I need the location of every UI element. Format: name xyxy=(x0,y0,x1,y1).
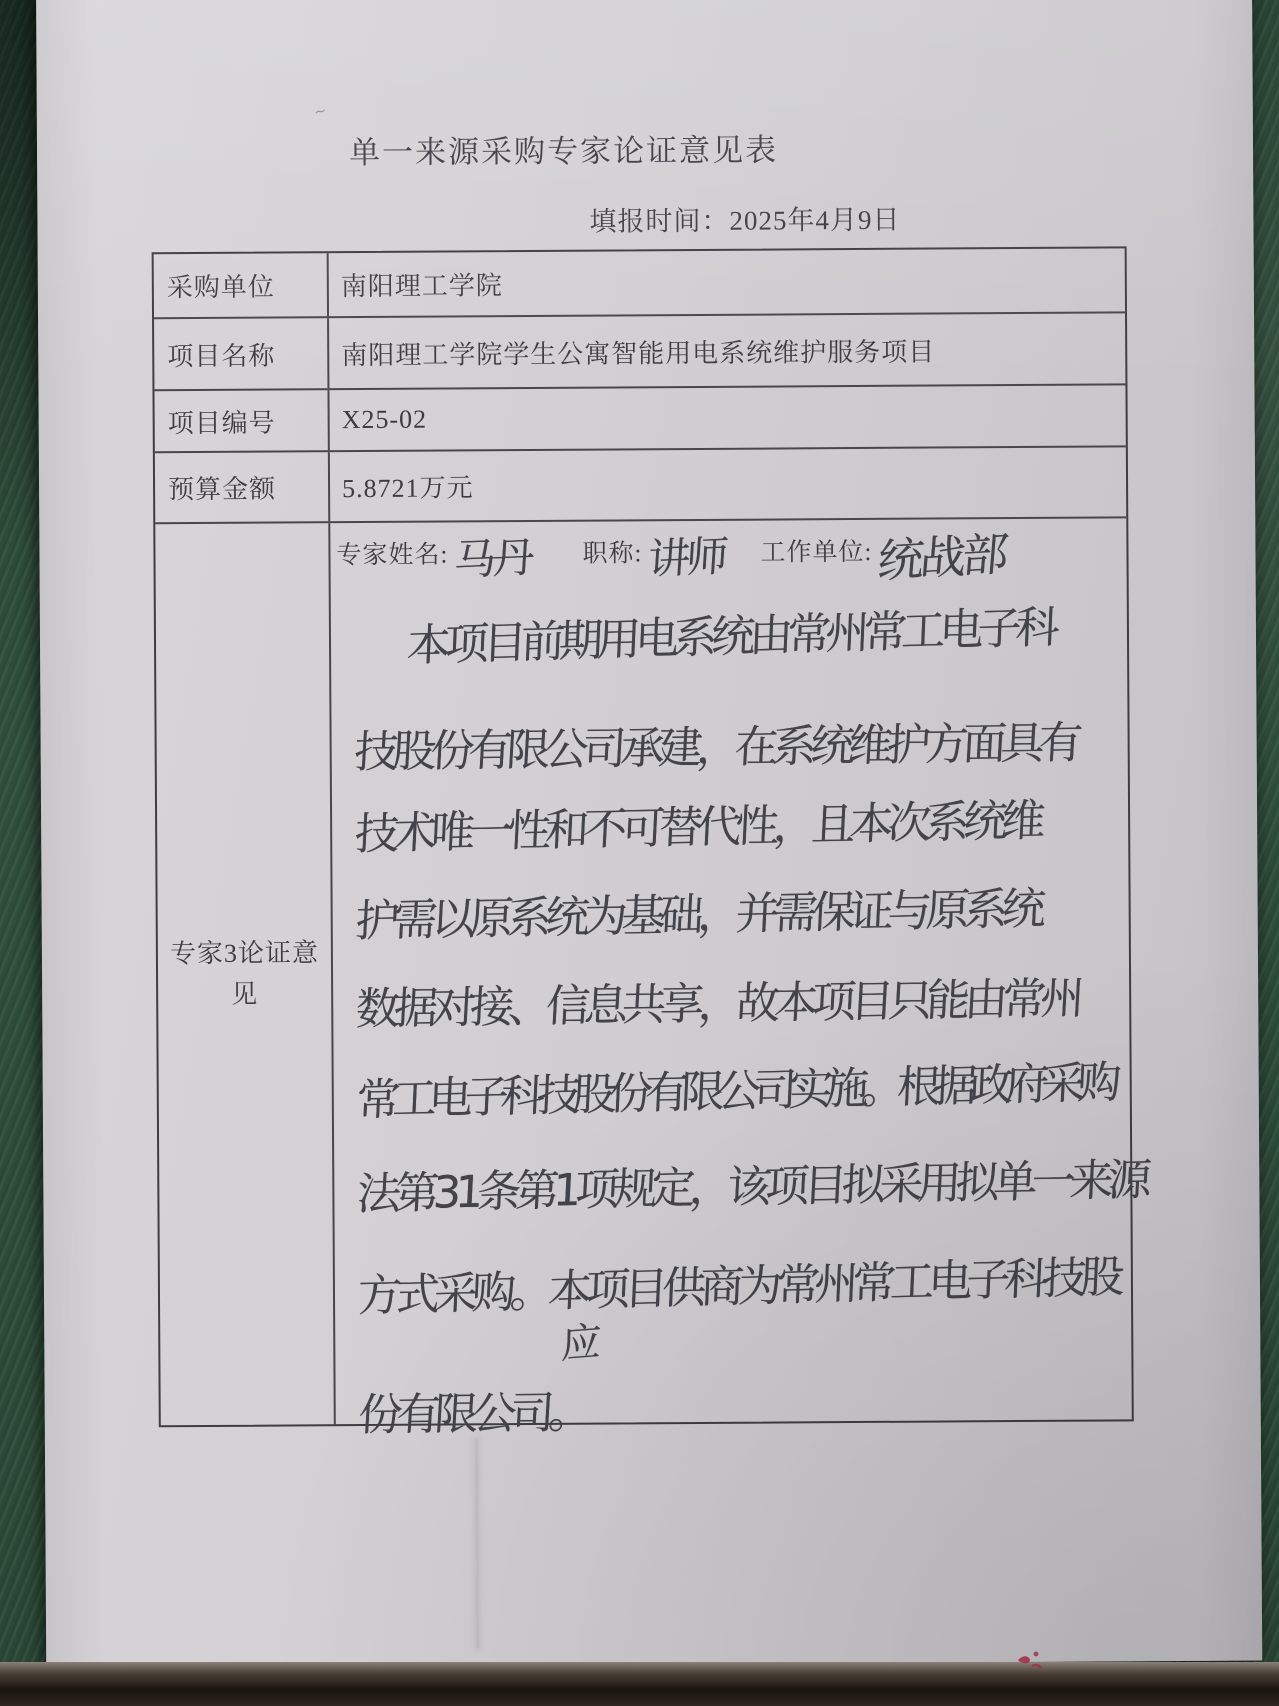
opinion-line: 常工电子科技股份有限公司实施。根据政府采购 xyxy=(355,1046,1115,1128)
paper-crease xyxy=(475,1438,479,1648)
red-ink-mark xyxy=(1014,1646,1048,1672)
row-value: 南阳理工学院 xyxy=(329,248,1125,316)
opinion-line: 法第31条第1项规定，该项目拟采用拟单一来源 xyxy=(356,1144,1148,1222)
table-row-project-number: 项目编号 X25-02 xyxy=(154,383,1125,451)
table-row-purchase-unit: 采购单位 南阳理工学院 xyxy=(154,248,1125,317)
form-table: 采购单位 南阳理工学院 项目名称 南阳理工学院学生公寓智能用电系统维护服务项目 … xyxy=(152,246,1134,1427)
expert-unit-label: 工作单位: xyxy=(760,532,872,569)
fill-date: 填报时间：2025年4月9日 xyxy=(589,198,900,239)
row-label: 项目编号 xyxy=(154,390,329,451)
expert-title-label: 职称: xyxy=(582,533,642,569)
smudge-mark: ~ xyxy=(312,101,329,122)
form-title: 单一来源采购专家论证意见表 xyxy=(349,124,778,172)
row-value: X25-02 xyxy=(329,385,1125,450)
table-row-project-name: 项目名称 南阳理工学院学生公寓智能用电系统维护服务项目 xyxy=(154,311,1125,389)
desk-edge-shadow xyxy=(0,1662,1279,1706)
table-row-expert-opinion: 专家3论证意见 专家姓名: 马丹 职称: 讲师 工作单位: 统战部 本项目前期用… xyxy=(155,516,1131,1425)
opinion-line: 护需以原系统为基础，并需保证与原系统 xyxy=(354,873,1042,950)
paper-sheet: ~ 单一来源采购专家论证意见表 填报时间：2025年4月9日 采购单位 南阳理工… xyxy=(36,0,1262,1668)
expert-title-handwriting: 讲师 xyxy=(646,523,726,586)
row-label: 预算金额 xyxy=(155,452,330,522)
row-value: 南阳理工学院学生公寓智能用电系统维护服务项目 xyxy=(329,313,1125,388)
expert-name-handwriting: 马丹 xyxy=(452,525,532,588)
opinion-line: 数据对接、信息共享，故本项目只能由常州 xyxy=(354,962,1080,1037)
opinion-line: 本项目前期用电系统由常州常工电子科 xyxy=(406,591,1055,674)
expert-row-label: 专家3论证意见 xyxy=(155,523,336,1425)
expert-header-line: 专家姓名: 马丹 职称: 讲师 工作单位: 统战部 xyxy=(336,523,1004,591)
opinion-line: 份有限公司。 xyxy=(357,1376,589,1443)
opinion-line: 技术唯一性和不可替代性，且本次系统维 xyxy=(354,784,1042,862)
row-label: 采购单位 xyxy=(154,253,329,317)
expert-opinion-cell: 专家姓名: 马丹 职称: 讲师 工作单位: 统战部 本项目前期用电系统由常州常工… xyxy=(330,518,1131,1424)
row-label: 项目名称 xyxy=(154,318,329,389)
expert-name-label: 专家姓名: xyxy=(336,534,448,571)
expert-unit-handwriting: 统战部 xyxy=(875,518,1007,591)
opinion-line: 方式采购。本项目供商为常州常工电子科技股 xyxy=(357,1241,1121,1324)
photo-of-document: { "photo": { "desk_color": "#31503f", "p… xyxy=(0,0,1279,1706)
table-row-budget: 预算金额 5.8721万元 xyxy=(155,445,1126,522)
inserted-character-handwriting: 应 xyxy=(560,1310,602,1370)
opinion-line: 技股份有限公司承建，在系统维护方面具有 xyxy=(353,707,1079,780)
row-value: 5.8721万元 xyxy=(330,447,1126,521)
